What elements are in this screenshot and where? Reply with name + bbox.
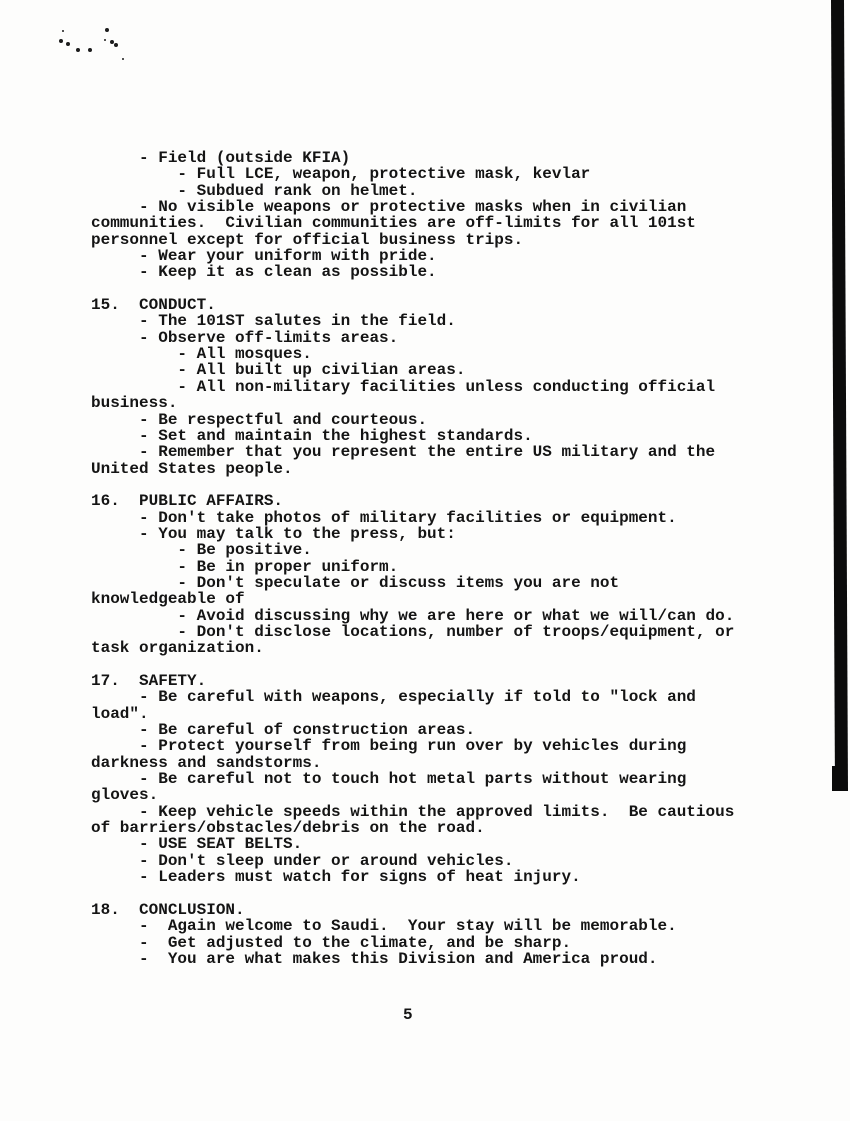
text-line: - All built up civilian areas.	[91, 362, 734, 378]
page-number: 5	[403, 1006, 413, 1024]
section-uniform-continued: - Field (outside KFIA) - Full LCE, weapo…	[91, 150, 734, 281]
text-line: - Be careful of construction areas.	[91, 722, 734, 738]
text-line: - Leaders must watch for signs of heat i…	[91, 869, 734, 885]
text-line: gloves.	[91, 787, 734, 803]
text-line: - Subdued rank on helmet.	[91, 183, 734, 199]
section-public-affairs: 16. PUBLIC AFFAIRS. - Don't take photos …	[91, 493, 734, 656]
text-line: task organization.	[91, 640, 734, 656]
scan-edge-artifact	[829, 0, 849, 791]
text-line: - Keep vehicle speeds within the approve…	[91, 804, 734, 820]
document-body: - Field (outside KFIA) - Full LCE, weapo…	[91, 150, 734, 967]
text-line: - All mosques.	[91, 346, 734, 362]
text-line: - Full LCE, weapon, protective mask, kev…	[91, 166, 734, 182]
text-line: - Be positive.	[91, 542, 734, 558]
text-line: - You may talk to the press, but:	[91, 526, 734, 542]
text-line: 17. SAFETY.	[91, 673, 734, 689]
text-line: load".	[91, 706, 734, 722]
text-line: of barriers/obstacles/debris on the road…	[91, 820, 734, 836]
text-line: personnel except for official business t…	[91, 232, 734, 248]
text-line: - Don't sleep under or around vehicles.	[91, 853, 734, 869]
text-line: 15. CONDUCT.	[91, 297, 734, 313]
text-line: darkness and sandstorms.	[91, 755, 734, 771]
section-safety: 17. SAFETY. - Be careful with weapons, e…	[91, 673, 734, 885]
text-line: - The 101ST salutes in the field.	[91, 313, 734, 329]
text-line: knowledgeable of	[91, 591, 734, 607]
text-line: - Be respectful and courteous.	[91, 412, 734, 428]
text-line: - Be careful not to touch hot metal part…	[91, 771, 734, 787]
text-line: - Remember that you represent the entire…	[91, 444, 734, 460]
text-line: - Avoid discussing why we are here or wh…	[91, 608, 734, 624]
text-line: - Don't speculate or discuss items you a…	[91, 575, 734, 591]
text-line: - Wear your uniform with pride.	[91, 248, 734, 264]
text-line: - Observe off-limits areas.	[91, 330, 734, 346]
text-line: - Don't disclose locations, number of tr…	[91, 624, 734, 640]
text-line: - You are what makes this Division and A…	[91, 951, 734, 967]
text-line: - Be in proper uniform.	[91, 559, 734, 575]
scan-speckle-noise	[0, 0, 2, 2]
text-line: - Field (outside KFIA)	[91, 150, 734, 166]
text-line: - Keep it as clean as possible.	[91, 264, 734, 280]
text-line: - Again welcome to Saudi. Your stay will…	[91, 918, 734, 934]
text-line: - Get adjusted to the climate, and be sh…	[91, 935, 734, 951]
text-line: - Don't take photos of military faciliti…	[91, 510, 734, 526]
text-line: 16. PUBLIC AFFAIRS.	[91, 493, 734, 509]
text-line: communities. Civilian communities are of…	[91, 215, 734, 231]
scan-edge-artifact-foot	[832, 766, 847, 791]
text-line: 18. CONCLUSION.	[91, 902, 734, 918]
text-line: business.	[91, 395, 734, 411]
text-line: United States people.	[91, 461, 734, 477]
section-conclusion: 18. CONCLUSION. - Again welcome to Saudi…	[91, 902, 734, 967]
text-line: - Set and maintain the highest standards…	[91, 428, 734, 444]
text-line: - Protect yourself from being run over b…	[91, 738, 734, 754]
section-conduct: 15. CONDUCT. - The 101ST salutes in the …	[91, 297, 734, 477]
text-line: - USE SEAT BELTS.	[91, 836, 734, 852]
text-line: - No visible weapons or protective masks…	[91, 199, 734, 215]
document-page: - Field (outside KFIA) - Full LCE, weapo…	[0, 0, 850, 1121]
text-line: - Be careful with weapons, especially if…	[91, 689, 734, 705]
text-line: - All non-military facilities unless con…	[91, 379, 734, 395]
